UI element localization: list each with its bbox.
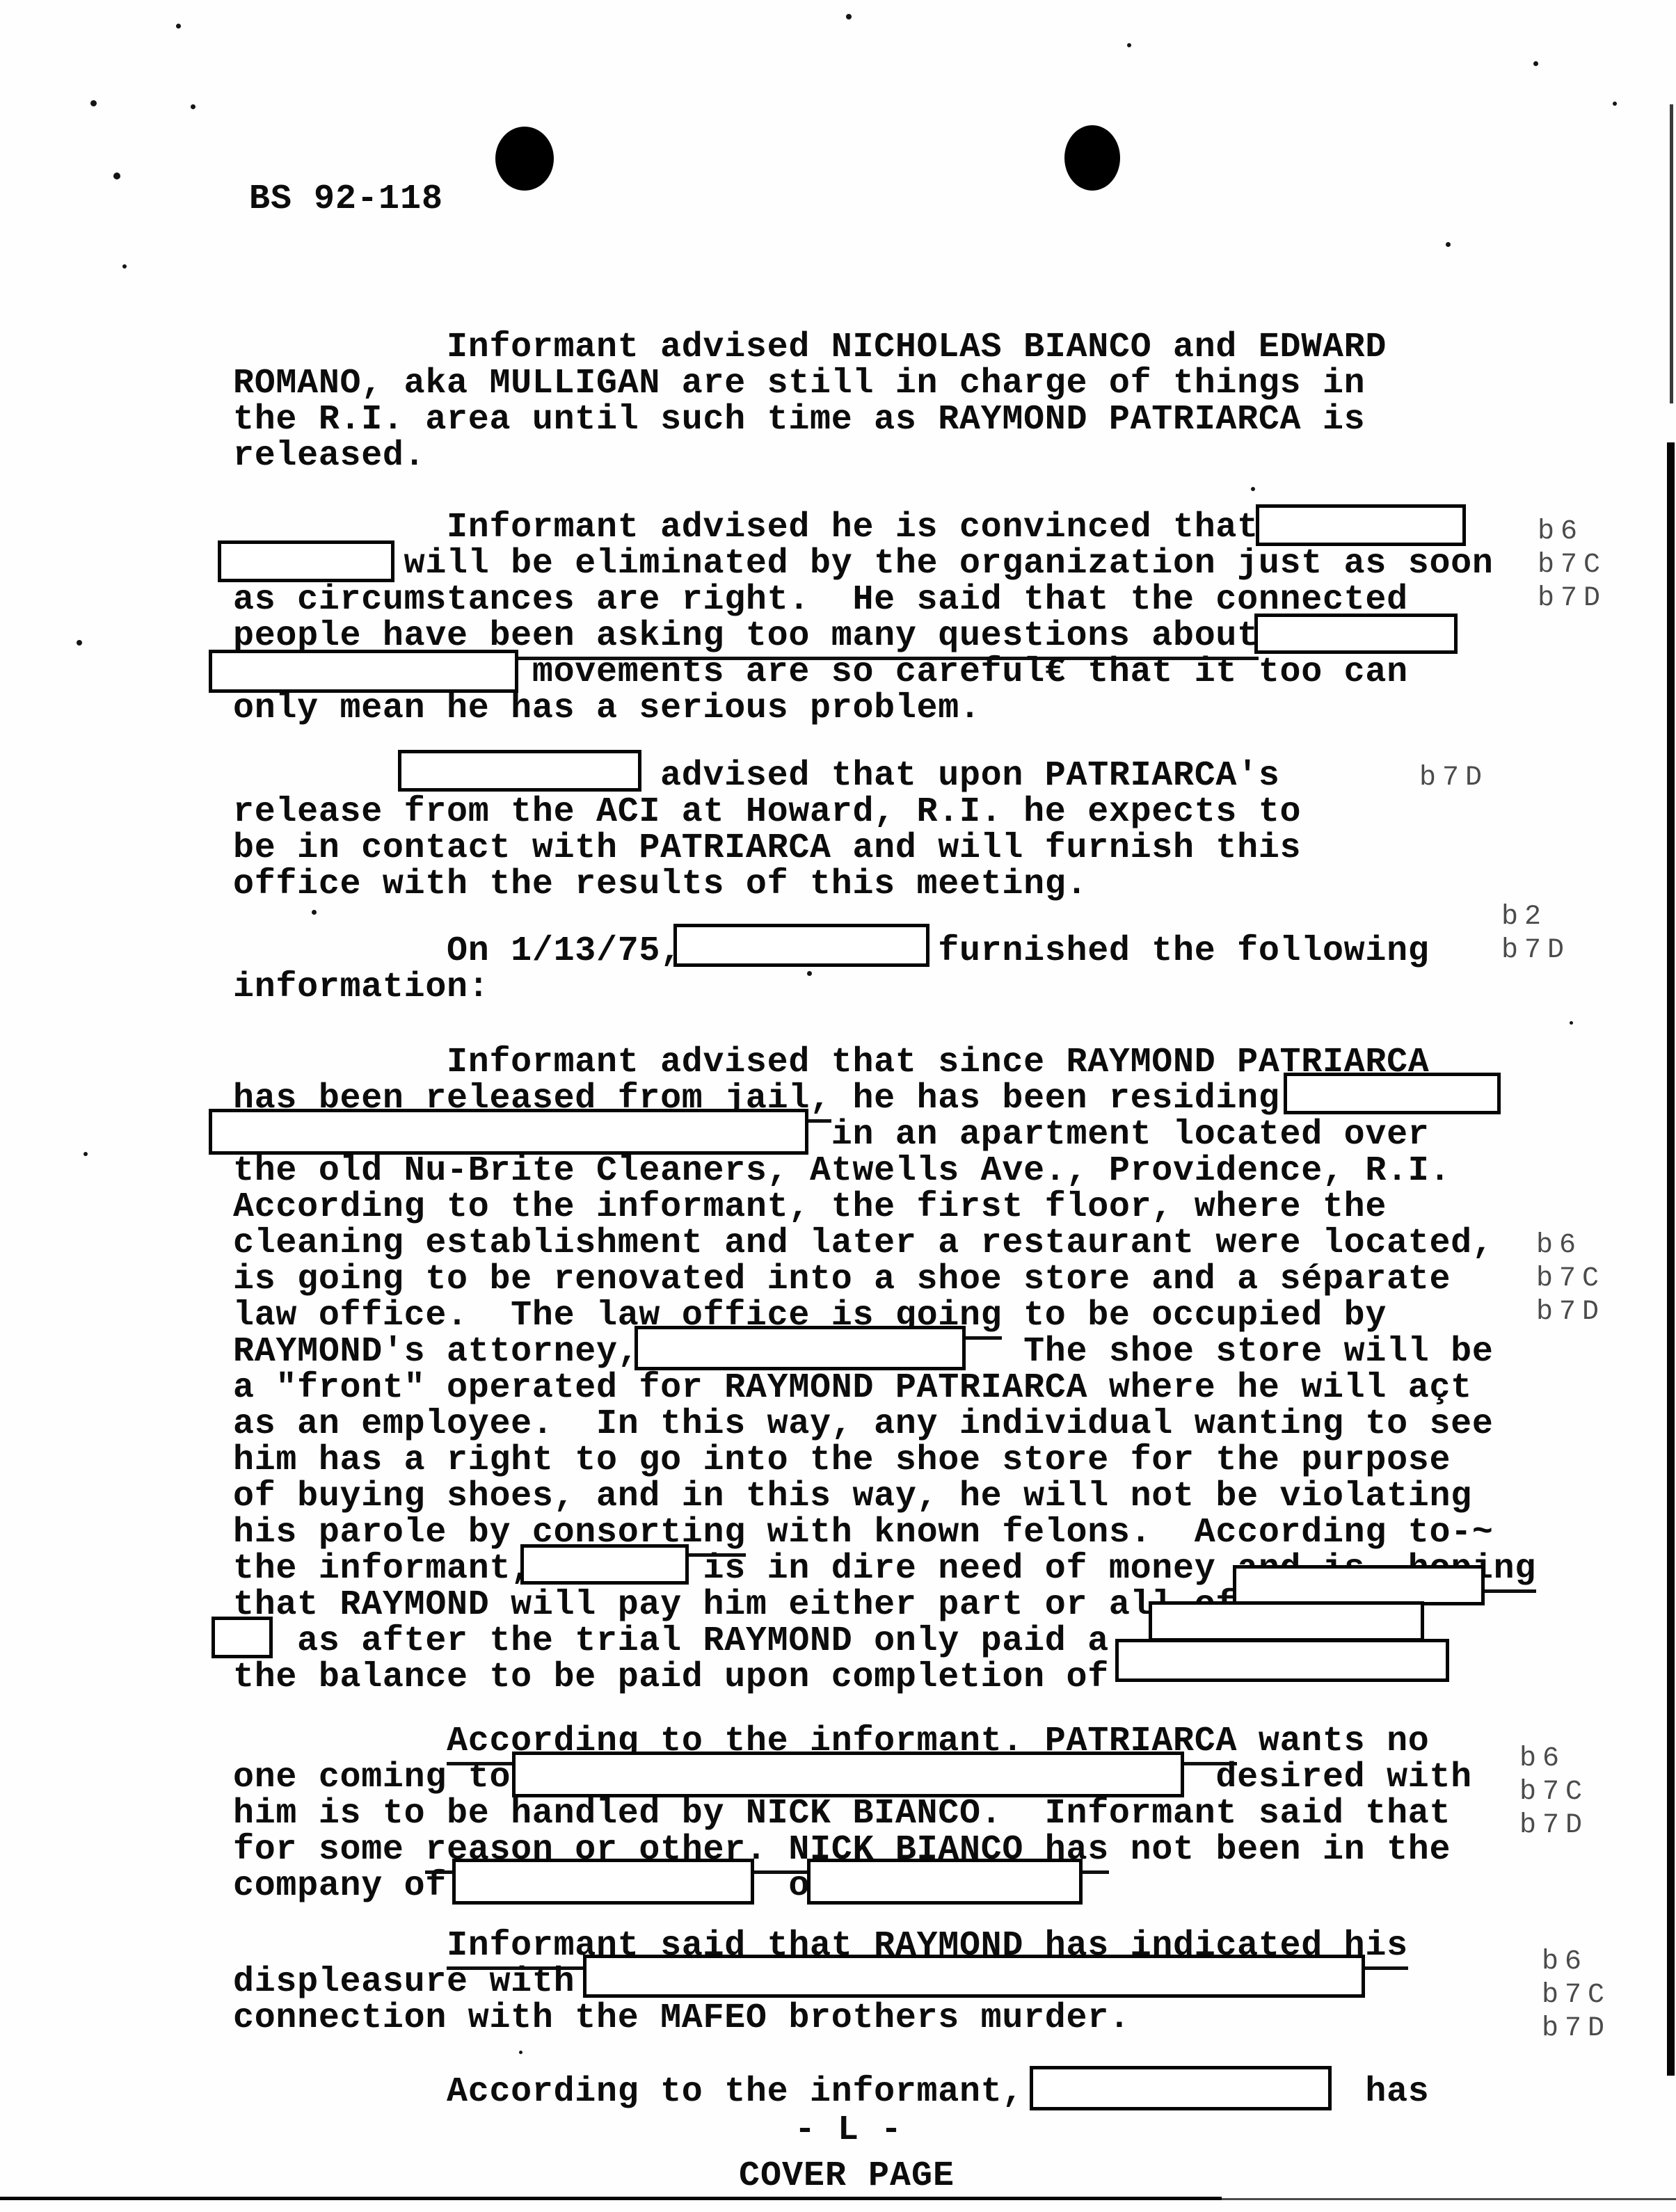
text-line: as an employee. In this way, any individ… — [233, 1406, 1536, 1443]
typed-text: as an employee. In this way, any individ… — [233, 1404, 1494, 1444]
typed-text: only mean he has a serious problem. — [233, 689, 981, 728]
typed-text: of buying shoes, and in this way, he wil… — [233, 1477, 1472, 1516]
typed-text: advised that upon PATRIARCA's — [233, 756, 1280, 796]
scan-speck — [1533, 61, 1538, 66]
exemption-code: b7C — [1536, 1263, 1605, 1295]
typed-text — [233, 1722, 447, 1761]
scan-speck — [1446, 242, 1451, 247]
typed-text: the old Nu-Brite Cleaners, Atwells Ave.,… — [233, 1151, 1451, 1191]
typed-text: information: — [233, 968, 489, 1007]
typed-text: wants no — [1237, 1722, 1429, 1761]
typed-text: law office. The law — [233, 1296, 682, 1336]
text-line: According to the informant, the first fl… — [233, 1189, 1536, 1226]
redaction-box — [1254, 614, 1458, 654]
exemption-code: b2 — [1501, 901, 1547, 933]
typed-text: is going to be renovated into a shoe sto… — [233, 1260, 1451, 1299]
exemption-code: b7D — [1419, 762, 1488, 794]
text-line: only mean he has a serious problem. — [233, 691, 1494, 727]
exemption-code: b6 — [1542, 1946, 1588, 1978]
redaction-box — [1030, 2066, 1332, 2110]
case-number: BS 92-118 — [249, 179, 443, 219]
text-line: his parole by consorting with known felo… — [233, 1515, 1536, 1551]
scan-speck — [1251, 487, 1255, 491]
exemption-code: b7D — [1538, 583, 1606, 614]
redaction-box — [583, 1955, 1365, 1998]
scan-edge-artifact — [1222, 2198, 1676, 2200]
redaction-box — [1233, 1565, 1485, 1605]
redaction-box — [512, 1752, 1184, 1797]
scan-speck — [77, 640, 82, 646]
scan-speck — [519, 2051, 522, 2054]
scan-speck — [312, 910, 317, 915]
typed-text: According to the informant, the first fl… — [233, 1187, 1387, 1227]
text-line: a "front" operated for RAYMOND PATRIARCA… — [233, 1370, 1536, 1406]
typed-text: him has a right to go into the shoe stor… — [233, 1441, 1451, 1480]
redaction-box — [1149, 1601, 1424, 1642]
typed-text: displeasure with — [233, 1962, 575, 2002]
typed-text: he has been residing — [831, 1079, 1280, 1119]
text-line: connection with the MAFEO brothers murde… — [233, 2001, 1408, 2037]
typed-text: cleaning establishment and later a resta… — [233, 1224, 1494, 1263]
redaction-box — [635, 1326, 966, 1370]
typed-text: as after the trial RAYMOND only paid a — [233, 1621, 1109, 1661]
exemption-code: b7C — [1538, 550, 1606, 581]
text-line: release from the ACI at Howard, R.I. he … — [233, 794, 1301, 831]
exemption-code: b6 — [1536, 1230, 1582, 1261]
scan-edge-artifact — [1670, 104, 1673, 403]
typed-text: for some — [233, 1830, 425, 1870]
typed-text: him is to be handled by NICK BIANCO. Inf… — [233, 1794, 1451, 1834]
text-line: cleaning establishment and later a resta… — [233, 1226, 1536, 1262]
redaction-box — [520, 1544, 689, 1585]
redaction-box — [673, 924, 929, 967]
scan-speck — [807, 971, 812, 976]
redaction-box — [218, 540, 394, 582]
typed-text: Informant advised that since RAYMOND PAT… — [233, 1043, 1429, 1082]
text-line: information: — [233, 970, 1429, 1006]
scan-speck — [83, 1152, 88, 1156]
typed-text: be in contact with PATRIARCA and will fu… — [233, 828, 1301, 868]
text-line: him has a right to go into the shoe stor… — [233, 1443, 1536, 1479]
text-line: office with the results of this meeting. — [233, 867, 1301, 903]
scan-speck — [122, 264, 127, 269]
exemption-code: b7D — [1536, 1297, 1605, 1328]
exemption-code: b6 — [1538, 516, 1583, 547]
redaction-box — [212, 1617, 273, 1658]
text-line: of buying shoes, and in this way, he wil… — [233, 1479, 1536, 1515]
exemption-code: b7D — [1542, 2013, 1611, 2044]
redaction-box — [398, 750, 641, 792]
typed-text: ROMANO, aka MULLIGAN are still in charge… — [233, 364, 1365, 403]
scan-speck — [1127, 43, 1131, 47]
scan-speck — [846, 14, 852, 19]
typed-text — [233, 1926, 447, 1966]
scan-speck — [1613, 102, 1617, 106]
text-line: the old Nu-Brite Cleaners, Atwells Ave.,… — [233, 1153, 1536, 1189]
document-page: BS 92-118 Informant advised NICHOLAS BIA… — [0, 0, 1676, 2212]
redaction-box — [209, 1109, 808, 1155]
exemption-code: b7D — [1501, 935, 1570, 966]
hole-punch-icon — [495, 127, 554, 191]
paragraph: Informant advised NICHOLAS BIANCO and ED… — [233, 330, 1387, 474]
scan-speck — [90, 100, 97, 106]
text-line: the R.I. area until such time as RAYMOND… — [233, 402, 1387, 438]
typed-text: office with the results of this meeting. — [233, 865, 1087, 904]
redaction-box — [1284, 1073, 1501, 1114]
scan-edge-artifact — [1667, 442, 1675, 2076]
typed-text: not been in the — [1109, 1830, 1451, 1870]
exemption-code: b7C — [1519, 1777, 1588, 1808]
typed-text: the balance to be paid upon completion o… — [233, 1658, 1109, 1697]
exemption-code: b7C — [1542, 1980, 1611, 2011]
text-line: advised that upon PATRIARCA's — [233, 758, 1301, 794]
redaction-box — [1115, 1639, 1449, 1682]
typed-text: his parole by — [233, 1513, 532, 1553]
redaction-box — [1256, 504, 1466, 546]
typed-text: a "front" operated for RAYMOND PATRIARCA… — [233, 1368, 1472, 1408]
scan-edge-artifact — [0, 2197, 1222, 2200]
scan-speck — [1570, 1021, 1573, 1025]
paragraph: advised that upon PATRIARCA'srelease fro… — [233, 758, 1301, 903]
text-line: released. — [233, 438, 1387, 474]
text-line: is going to be renovated into a shoe sto… — [233, 1262, 1536, 1298]
typed-text: will be eliminated by the organization j… — [233, 544, 1494, 584]
text-line: will be eliminated by the organization j… — [233, 546, 1494, 582]
text-line: Informant advised NICHOLAS BIANCO and ED… — [233, 330, 1387, 366]
redaction-box — [807, 1859, 1083, 1905]
cover-page-label: COVER PAGE — [739, 2156, 955, 2196]
typed-text: with known felons. According to-~ — [746, 1513, 1494, 1553]
typed-text: Informant advised NICHOLAS BIANCO and ED… — [233, 328, 1387, 367]
exemption-code: b6 — [1519, 1743, 1565, 1774]
text-line: ROMANO, aka MULLIGAN are still in charge… — [233, 366, 1387, 402]
typed-text: that RAYMOND will pay him either part or… — [233, 1585, 1237, 1625]
typed-text: release from the ACI at Howard, R.I. he … — [233, 792, 1301, 832]
text-line: be in contact with PATRIARCA and will fu… — [233, 831, 1301, 867]
redaction-box — [452, 1859, 754, 1905]
text-line: him is to be handled by NICK BIANCO. Inf… — [233, 1796, 1472, 1832]
page-number: - L - — [795, 2110, 902, 2150]
typed-text: connection with the MAFEO brothers murde… — [233, 1998, 1131, 2038]
exemption-code: b7D — [1519, 1810, 1588, 1841]
typed-text: released. — [233, 436, 425, 476]
typed-text: the R.I. area until such time as RAYMOND… — [233, 400, 1365, 440]
redaction-box — [209, 650, 518, 693]
hole-punch-icon — [1064, 125, 1120, 191]
typed-text: to be occupied by — [1002, 1296, 1387, 1336]
typed-text: the informant, is in dire need of money — [233, 1549, 1237, 1589]
scan-speck — [191, 104, 195, 109]
scan-speck — [113, 173, 120, 179]
scan-speck — [176, 24, 181, 29]
typed-text: as circumstances are right. He said that… — [233, 580, 1408, 620]
